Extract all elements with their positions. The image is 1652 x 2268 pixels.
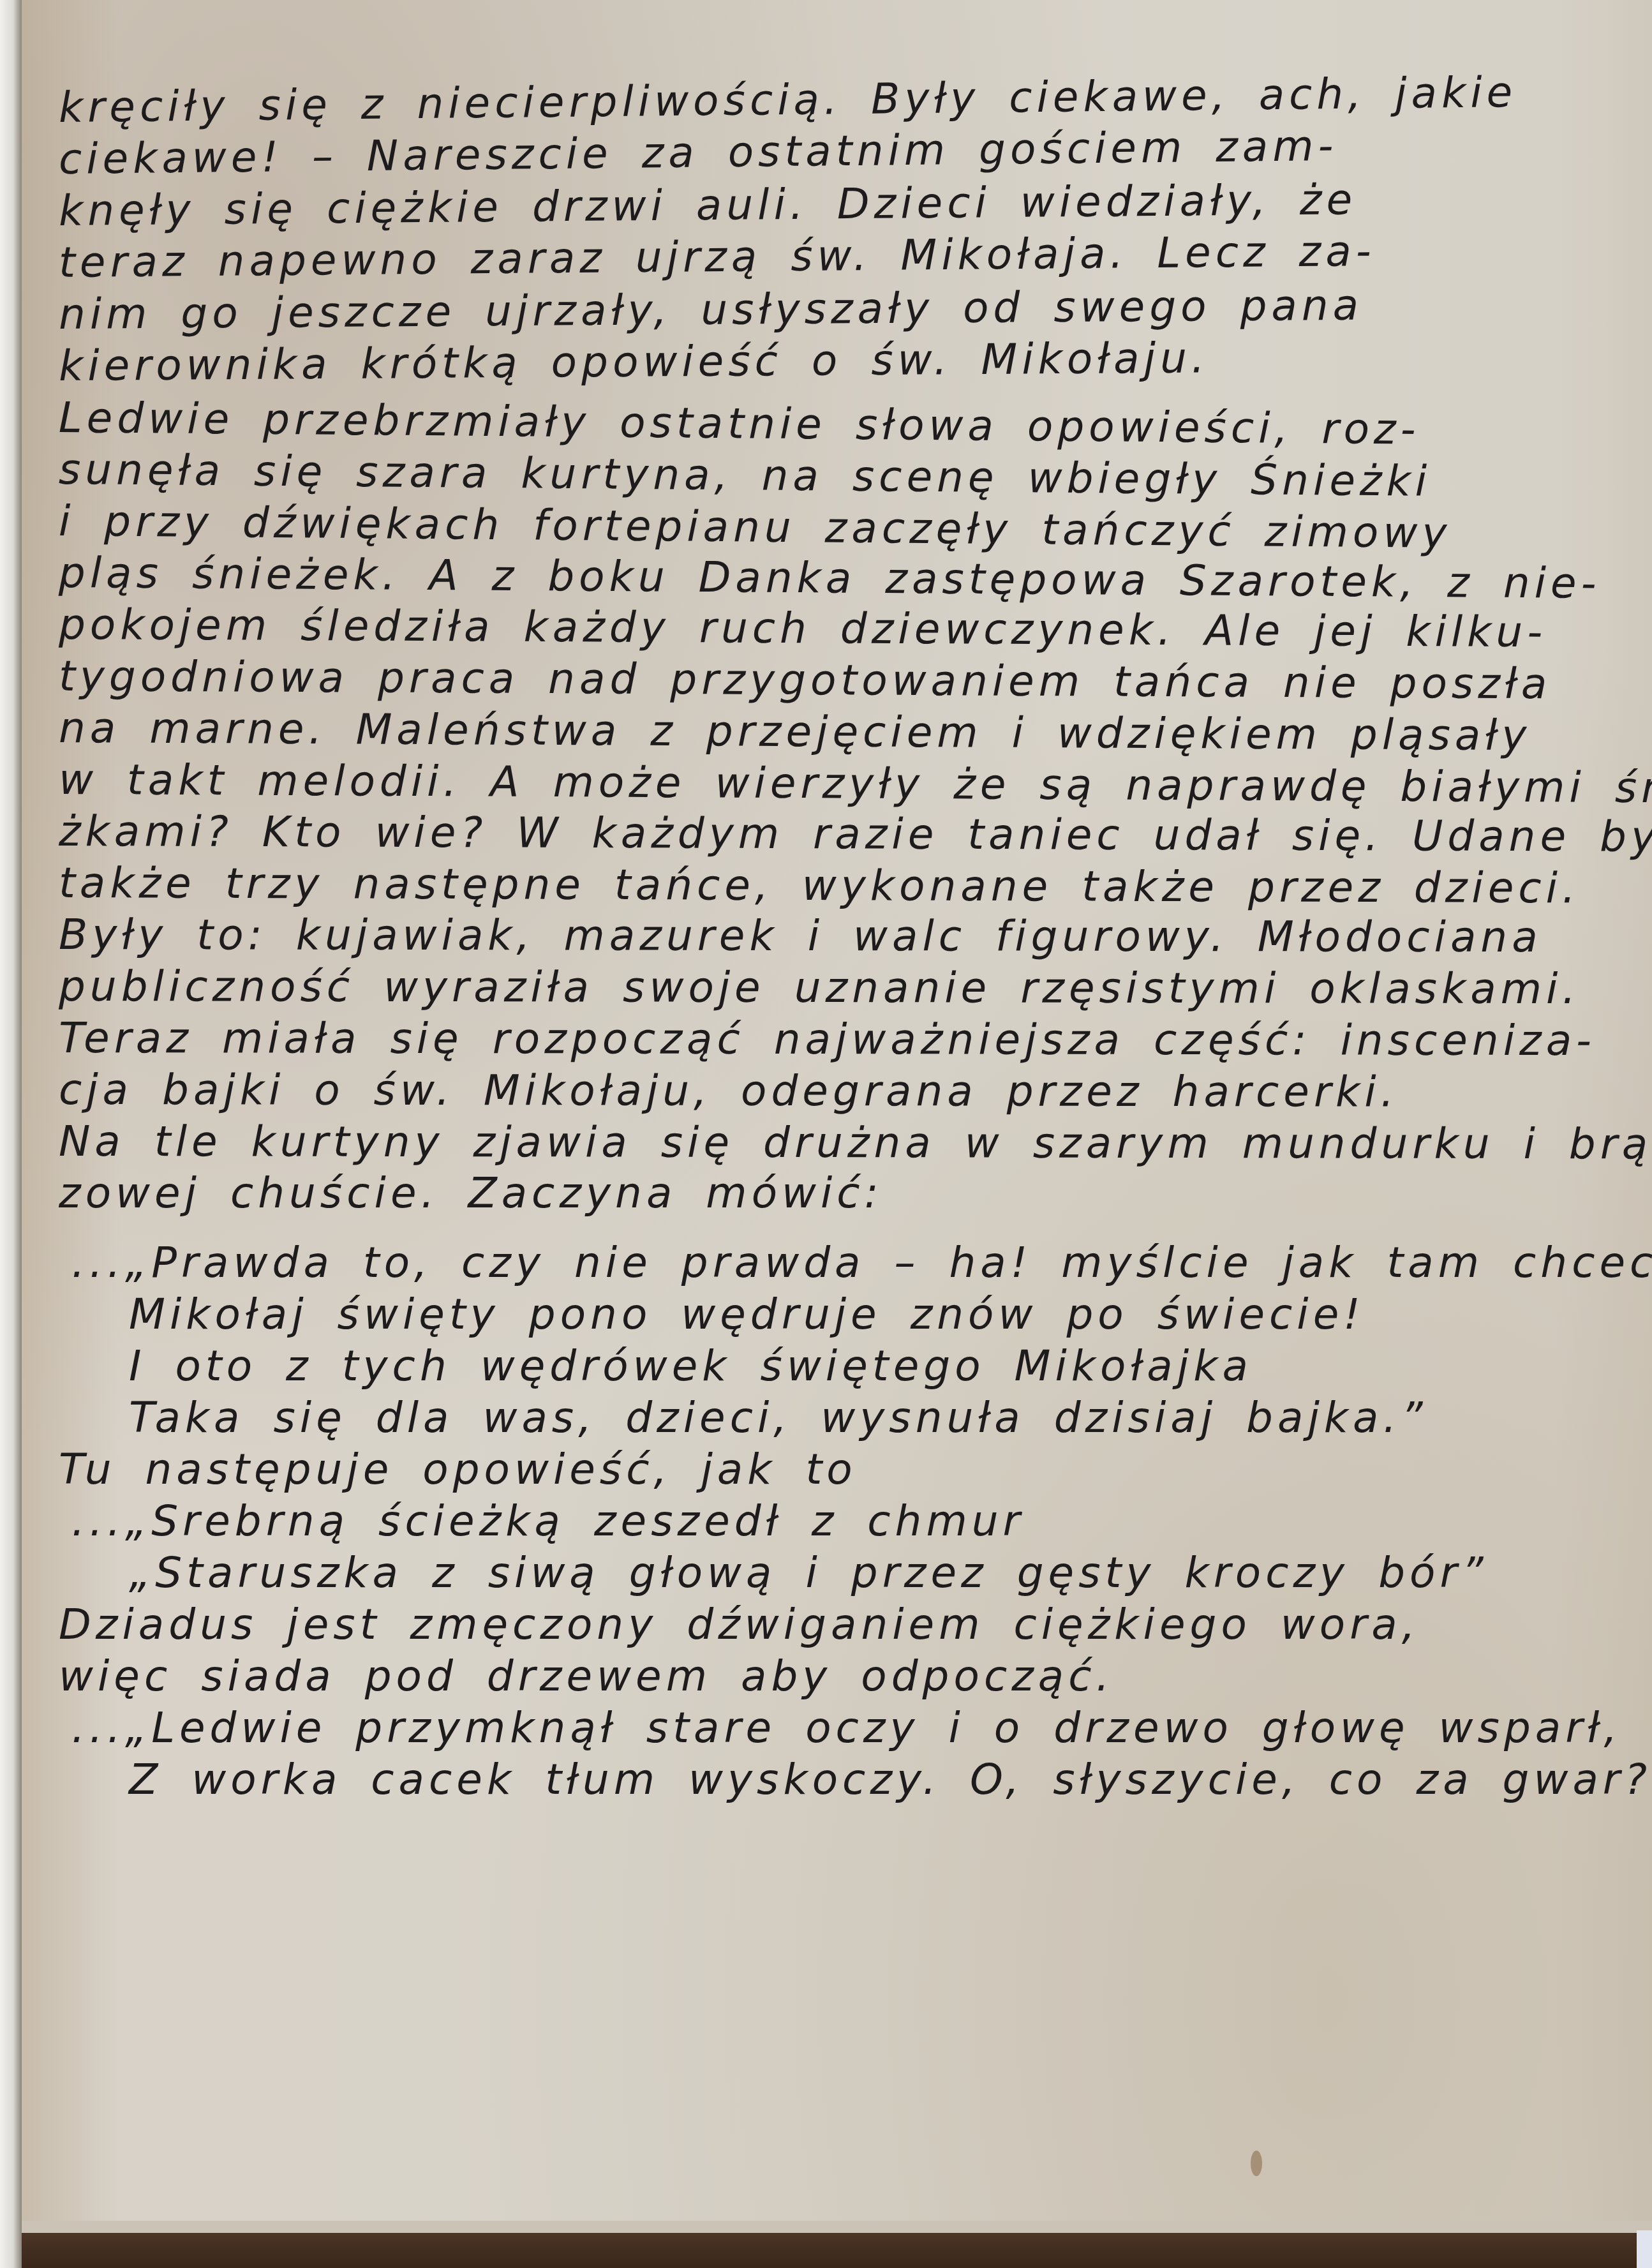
photo-scene: kręciły się z niecierpliwością. Były cie… (0, 0, 1652, 2268)
book-binding-edge (0, 0, 23, 2268)
page-bottom-edge (22, 2221, 1652, 2268)
text-line: Były to: kujawiak, mazurek i walc figuro… (59, 909, 1603, 963)
verse-line: ...„Srebrną ścieżką zeszedł z chmur (59, 1495, 1603, 1547)
verse-line: Taka się dla was, dzieci, wysnuła dzisia… (59, 1392, 1603, 1444)
text-line: także trzy następne tańce, wykonane takż… (59, 857, 1603, 914)
text-line: kierownika krótką opowieść o św. Mikołaj… (59, 329, 1604, 392)
text-line: Tu następuje opowieść, jak to (59, 1444, 1603, 1495)
text-line: zowej chuście. Zaczyna mówić: (59, 1167, 1603, 1219)
text-line: na marne. Maleństwa z przejęciem i wdzię… (59, 702, 1603, 762)
text-line: Na tle kurtyny zjawia się drużna w szary… (59, 1115, 1603, 1170)
verse-line: Mikołaj święty pono wędruje znów po świe… (59, 1288, 1603, 1340)
text-line: cja bajki o św. Mikołaju, odegrana przez… (59, 1064, 1603, 1118)
verse-line: Z worka cacek tłum wyskoczy. O, słyszyci… (59, 1754, 1603, 1805)
text-line: pokojem śledziła każdy ruch dziewczynek.… (59, 599, 1603, 659)
text-line: w takt melodii. A może wierzyły że są na… (59, 754, 1603, 814)
text-line: Dziadus jest zmęczony dźwiganiem ciężkie… (59, 1599, 1603, 1650)
verse-line: ...„Prawda to, czy nie prawda – ha! myśl… (59, 1237, 1603, 1288)
text-line: tygodniowa praca nad przygotowaniem tańc… (59, 650, 1603, 710)
verse-line: „Staruszka z siwą głową i przez gęsty kr… (59, 1547, 1603, 1599)
verse-line: I oto z tych wędrówek świętego Mikołajka (59, 1340, 1603, 1392)
text-line: publiczność wyraziła swoje uznanie rzęsi… (59, 960, 1603, 1015)
text-line: Teraz miała się rozpocząć najważniejsza … (59, 1012, 1603, 1066)
ink-stain (1251, 2151, 1262, 2176)
verse-line: ...„Ledwie przymknął stare oczy i o drze… (59, 1702, 1603, 1754)
text-line: żkami? Kto wie? W każdym razie taniec ud… (59, 805, 1603, 862)
background-paper-corner (1637, 2230, 1652, 2268)
text-line: więc siada pod drzewem aby odpocząć. (59, 1650, 1603, 1702)
handwritten-text-block: kręciły się z niecierpliwością. Były cie… (59, 82, 1603, 1805)
